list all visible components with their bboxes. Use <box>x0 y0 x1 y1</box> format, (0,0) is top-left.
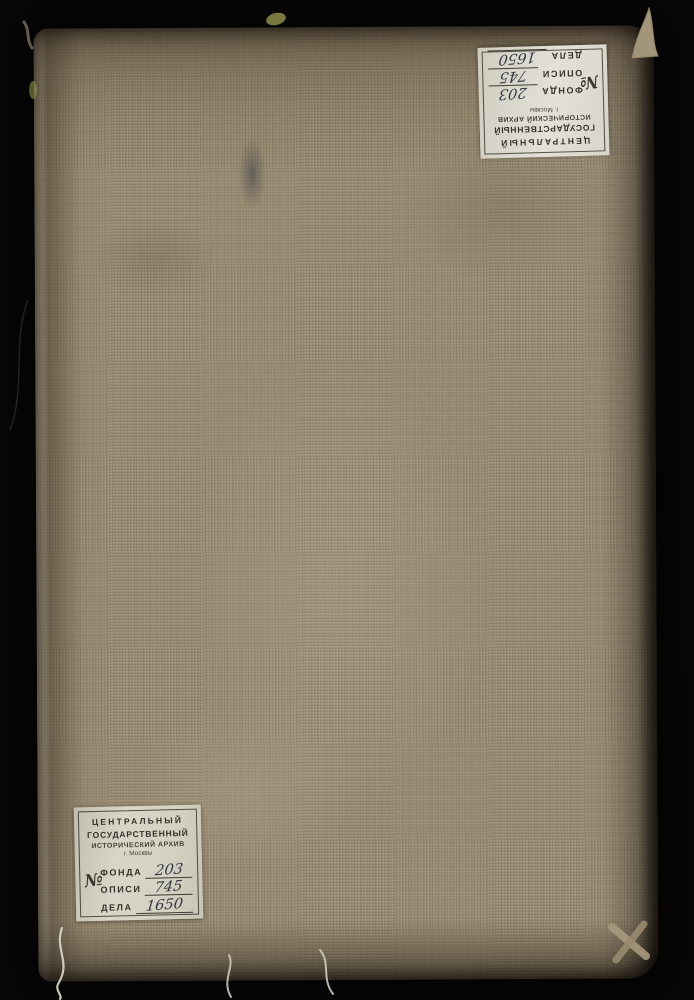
opisi-value: 745 <box>499 68 528 84</box>
field-fonda: ФОНДА 203 <box>489 83 583 103</box>
faint-thread-wisp <box>10 300 28 430</box>
fonda-label: ФОНДА <box>100 866 142 879</box>
label-org-line4: г. Москвы <box>85 849 192 858</box>
label-org-line1: ЦЕНТРАЛЬНЫЙ <box>490 135 599 148</box>
label-org-line2: ГОСУДАРСТВЕННЫЙ <box>490 123 599 136</box>
fonda-line: 203 <box>489 85 538 105</box>
dela-line: 1650 <box>135 893 193 913</box>
fonda-value: 203 <box>154 862 183 878</box>
archive-label-frame: ЦЕНТРАЛЬНЫЙ ГОСУДАРСТВЕННЫЙ ИСТОРИЧЕСКИЙ… <box>482 48 606 154</box>
field-dela: ДЕЛА 1650 <box>488 48 582 68</box>
field-rows: ФОНДА 203 ОПИСИ 745 ДЕЛА 1650 <box>100 860 193 915</box>
fray-top-left <box>24 22 32 48</box>
dela-label: ДЕЛА <box>101 902 133 915</box>
archive-label-top: ЦЕНТРАЛЬНЫЙ ГОСУДАРСТВЕННЫЙ ИСТОРИЧЕСКИЙ… <box>477 44 609 159</box>
olive-fibre-top <box>265 11 287 27</box>
archive-label-bottom: ЦЕНТРАЛЬНЫЙ ГОСУДАРСТВЕННЫЙ ИСТОРИЧЕСКИЙ… <box>74 805 204 922</box>
label-fields: № ФОНДА 203 ОПИСИ 745 ДЕЛА 1650 <box>85 860 193 915</box>
number-sign: № <box>82 861 104 915</box>
photo-stage: ЦЕНТРАЛЬНЫЙ ГОСУДАРСТВЕННЫЙ ИСТОРИЧЕСКИЙ… <box>0 0 694 1000</box>
label-org-line1: ЦЕНТРАЛЬНЫЙ <box>84 815 191 827</box>
label-org-line2: ГОСУДАРСТВЕННЫЙ <box>84 827 191 839</box>
fonda-label: ФОНДА <box>540 83 582 96</box>
fonda-value: 203 <box>499 85 528 101</box>
dela-value: 1650 <box>145 897 184 914</box>
label-org-line3: ИСТОРИЧЕСКИЙ АРХИВ <box>489 113 598 123</box>
archive-label-frame: ЦЕНТРАЛЬНЫЙ ГОСУДАРСТВЕННЫЙ ИСТОРИЧЕСКИЙ… <box>78 809 199 918</box>
field-dela: ДЕЛА 1650 <box>101 895 193 915</box>
field-opisi: ОПИСИ 745 <box>488 66 582 86</box>
field-rows: ФОНДА 203 ОПИСИ 745 ДЕЛА 1650 <box>488 48 583 103</box>
dela-value: 1650 <box>498 50 536 67</box>
opisi-value: 745 <box>154 879 183 895</box>
dela-label: ДЕЛА <box>550 48 582 61</box>
label-fields: № ФОНДА 203 ОПИСИ 745 ДЕЛА 1650 <box>488 48 598 104</box>
